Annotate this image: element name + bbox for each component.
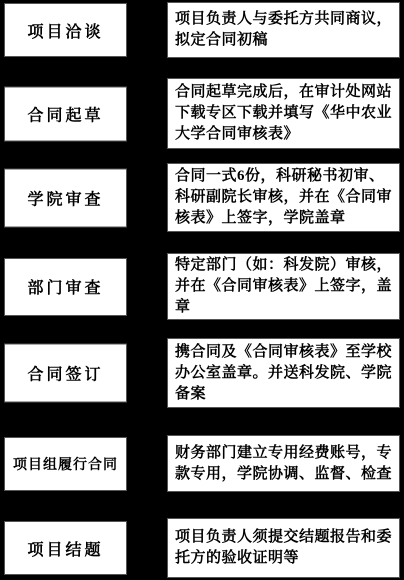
step-desc: 项目负责人须提交结题报告和委托方的验收证明等 [175, 527, 392, 569]
step-desc: 携合同及《合同审核表》至学校办公室盖章。并送科发院、学院备案 [175, 342, 392, 405]
step-desc-box: 合同起草完成后，在审计处网站下载专区下载并填写《华中农业大学合同审核表》 [167, 78, 400, 149]
step-label: 学院审查 [27, 186, 103, 209]
step-desc-box: 项目负责人须提交结题报告和委托方的验收证明等 [167, 518, 400, 578]
step-label-box: 合同签订 [4, 344, 127, 403]
flow-row-contract-signing: 合同签订 携合同及《合同审核表》至学校办公室盖章。并送科发院、学院备案 [0, 338, 404, 408]
step-label-box: 项目洽谈 [4, 3, 127, 57]
step-desc-box: 特定部门（如：科发院）审核，并在《合同审核表》上签字，盖章 [167, 253, 400, 320]
step-label: 合同签订 [27, 362, 103, 385]
step-label-box: 学院审查 [4, 168, 127, 227]
flow-row-department-review: 部门审查 特定部门（如：科发院）审核，并在《合同审核表》上签字，盖章 [0, 253, 404, 320]
flow-row-contract-drafting: 合同起草 合同起草完成后，在审计处网站下载专区下载并填写《华中农业大学合同审核表… [0, 78, 404, 149]
step-desc: 合同一式6份，科研秘书初审、科研副院长审核，并在《合同审核表》上签字，学院盖章 [175, 166, 392, 229]
flow-row-college-review: 学院审查 合同一式6份，科研秘书初审、科研副院长审核，并在《合同审核表》上签字，… [0, 163, 404, 232]
flow-row-project-conclusion: 项目结题 项目负责人须提交结题报告和委托方的验收证明等 [0, 518, 404, 578]
flow-row-project-negotiation: 项目洽谈 项目负责人与委托方共同商议，拟定合同初稿 [0, 2, 404, 58]
step-label-box: 项目组履行合同 [4, 437, 127, 491]
step-desc: 特定部门（如：科发院）审核，并在《合同审核表》上签字，盖章 [175, 255, 392, 318]
step-label-box: 部门审查 [4, 258, 127, 316]
step-label-box: 合同起草 [4, 86, 127, 141]
step-label: 项目结题 [27, 537, 103, 560]
step-label: 合同起草 [27, 102, 103, 125]
step-label: 项目组履行合同 [13, 454, 118, 474]
step-desc-box: 项目负责人与委托方共同商议，拟定合同初稿 [167, 2, 400, 58]
flow-row-contract-performance: 项目组履行合同 财务部门建立专用经费账号，专款专用，学院协调、监督、检查 [0, 435, 404, 492]
step-desc-box: 财务部门建立专用经费账号，专款专用，学院协调、监督、检查 [167, 435, 400, 492]
step-desc: 合同起草完成后，在审计处网站下载专区下载并填写《华中农业大学合同审核表》 [175, 82, 392, 145]
flowchart: 项目洽谈 项目负责人与委托方共同商议，拟定合同初稿 合同起草 合同起草完成后，在… [0, 0, 404, 580]
step-desc: 财务部门建立专用经费账号，专款专用，学院协调、监督、检查 [175, 443, 392, 485]
step-desc-box: 携合同及《合同审核表》至学校办公室盖章。并送科发院、学院备案 [167, 338, 400, 408]
step-label: 项目洽谈 [27, 19, 103, 42]
step-desc: 项目负责人与委托方共同商议，拟定合同初稿 [175, 9, 392, 51]
step-label: 部门审查 [27, 275, 103, 298]
step-desc-box: 合同一式6份，科研秘书初审、科研副院长审核，并在《合同审核表》上签字，学院盖章 [167, 163, 400, 232]
step-label-box: 项目结题 [4, 521, 127, 575]
